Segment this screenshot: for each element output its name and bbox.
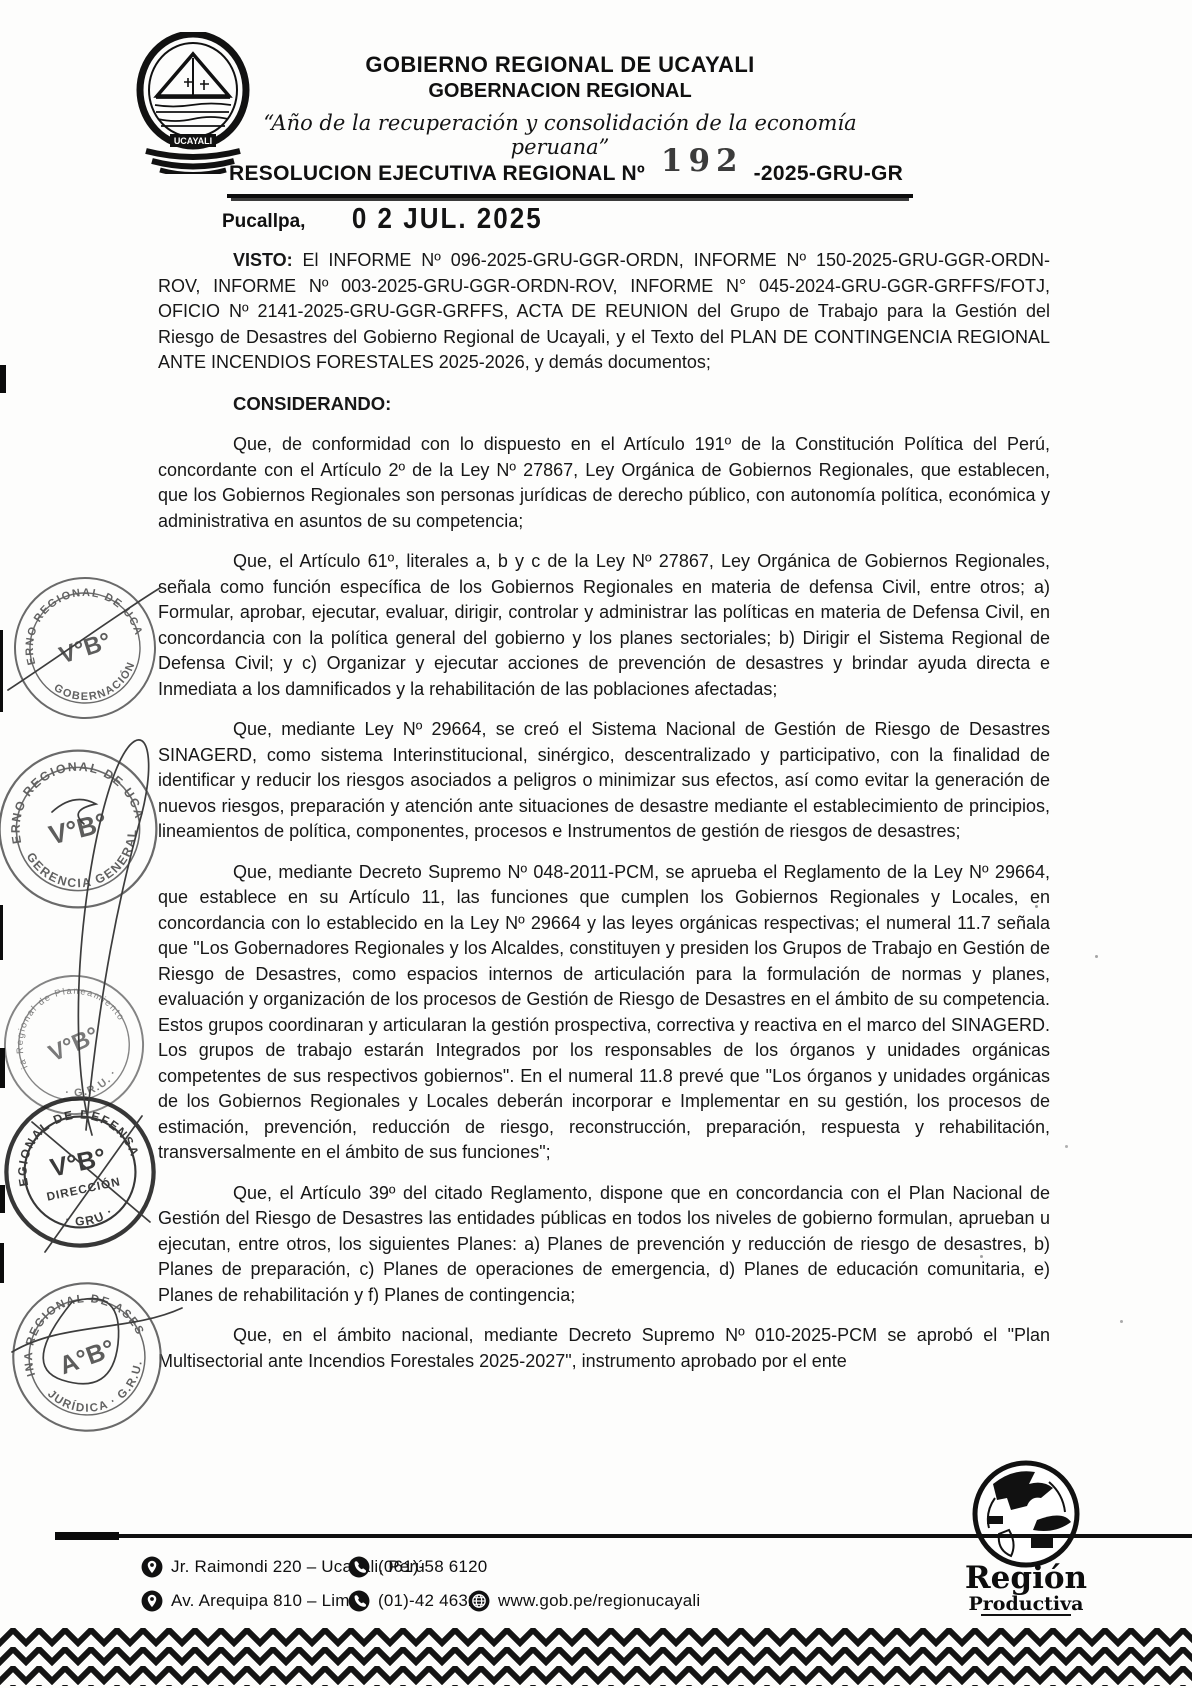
scan-speckles: [1035, 905, 1038, 908]
footer-address-2-text: Av. Arequipa 810 – Lima: [171, 1591, 359, 1611]
footer-website: www.gob.pe/regionucayali: [468, 1590, 700, 1612]
location-pin-icon: [141, 1590, 163, 1612]
region-logo-line2: Productiva: [969, 1593, 1084, 1615]
scanned-resolution-page: UCAYALI GOBIERNO REGIONAL DE UCAYALI GOB…: [0, 0, 1192, 1688]
considerando-paragraph-6: Que, en el ámbito nacional, mediante Dec…: [158, 1323, 1050, 1374]
considerando-paragraph-1: Que, de conformidad con lo dispuesto en …: [158, 432, 1050, 534]
footer-phone-1-text: (061)-58 6120: [378, 1557, 487, 1577]
org-subtitle: GOBERNACION REGIONAL: [260, 80, 860, 103]
visto-text: El INFORME Nº 096-2025-GRU-GGR-ORDN, INF…: [158, 250, 1050, 372]
footer-divider: [55, 1534, 1192, 1538]
footer-address-2: Av. Arequipa 810 – Lima: [141, 1590, 359, 1612]
considerando-paragraph-3: Que, mediante Ley Nº 29664, se creó el S…: [158, 717, 1050, 845]
scan-artifact: [0, 905, 3, 960]
phone-icon: [348, 1590, 370, 1612]
considerando-paragraph-5: Que, el Artículo 39º del citado Reglamen…: [158, 1181, 1050, 1309]
stamp-defensa-nacional: OFICINA REGIONAL DE DEFENSA NACIONAL · G…: [0, 1077, 175, 1267]
considerando-paragraph-4: Que, mediante Decreto Supremo Nº 048-201…: [158, 860, 1050, 1166]
svg-text:V°B°: V°B°: [45, 1022, 103, 1067]
region-logo-line1: Región: [965, 1560, 1087, 1596]
scan-artifact: [0, 1048, 5, 1088]
scan-artifact: [0, 1185, 5, 1213]
globe-icon: [468, 1590, 490, 1612]
org-name: GOBIERNO REGIONAL DE UCAYALI: [260, 52, 860, 78]
city-label: Pucallpa,: [222, 211, 305, 232]
scan-artifact: [0, 365, 6, 393]
location-pin-icon: [141, 1556, 163, 1578]
footer-phone-2: (01)-42 46320: [348, 1590, 487, 1612]
footer-website-text: www.gob.pe/regionucayali: [498, 1591, 700, 1611]
resolution-title: RESOLUCION EJECUTIVA REGIONAL Nº192-2025…: [227, 152, 913, 198]
scan-artifact: [0, 1243, 4, 1283]
svg-text:A°B°: A°B°: [56, 1335, 119, 1381]
scan-artifact: [0, 630, 3, 712]
phone-icon: [348, 1556, 370, 1578]
zigzag-border: [0, 1628, 1192, 1686]
stamp-gerencia-general: GOBIERNO REGIONAL DE UCAYALI GERENCIA GE…: [0, 727, 180, 931]
considerando-heading: CONSIDERANDO:: [233, 391, 1050, 417]
visto-paragraph: VISTO: El INFORME Nº 096-2025-GRU-GGR-OR…: [158, 248, 1050, 376]
dateline: Pucallpa, 0 2 JUL. 2025: [222, 203, 543, 234]
visto-label: VISTO:: [233, 250, 293, 270]
svg-text:V°B°: V°B°: [46, 807, 110, 850]
footer-phone-1: (061)-58 6120: [348, 1556, 487, 1578]
resolution-title-prefix: RESOLUCION EJECUTIVA REGIONAL Nº: [229, 162, 645, 185]
resolution-body: VISTO: El INFORME Nº 096-2025-GRU-GGR-OR…: [158, 248, 1050, 1389]
stamp-gobernacion: GOBIERNO REGIONAL DE UCAYALI GOBERNACIÓN…: [0, 553, 180, 742]
svg-text:· GRU ·: · GRU ·: [61, 1203, 118, 1233]
svg-text:V°B°: V°B°: [56, 628, 114, 670]
resolution-number-stamp: 192: [661, 143, 744, 179]
considerando-paragraph-2: Que, el Artículo 61º, literales a, b y c…: [158, 549, 1050, 702]
date-stamp: 0 2 JUL. 2025: [352, 201, 543, 236]
logo-banner-text: UCAYALI: [174, 136, 212, 146]
resolution-title-suffix: -2025-GRU-GR: [754, 162, 903, 185]
svg-text:V°B°: V°B°: [48, 1144, 109, 1183]
letterhead: GOBIERNO REGIONAL DE UCAYALI GOBERNACION…: [260, 52, 860, 159]
region-productiva-logo: Región Productiva: [953, 1438, 1103, 1620]
